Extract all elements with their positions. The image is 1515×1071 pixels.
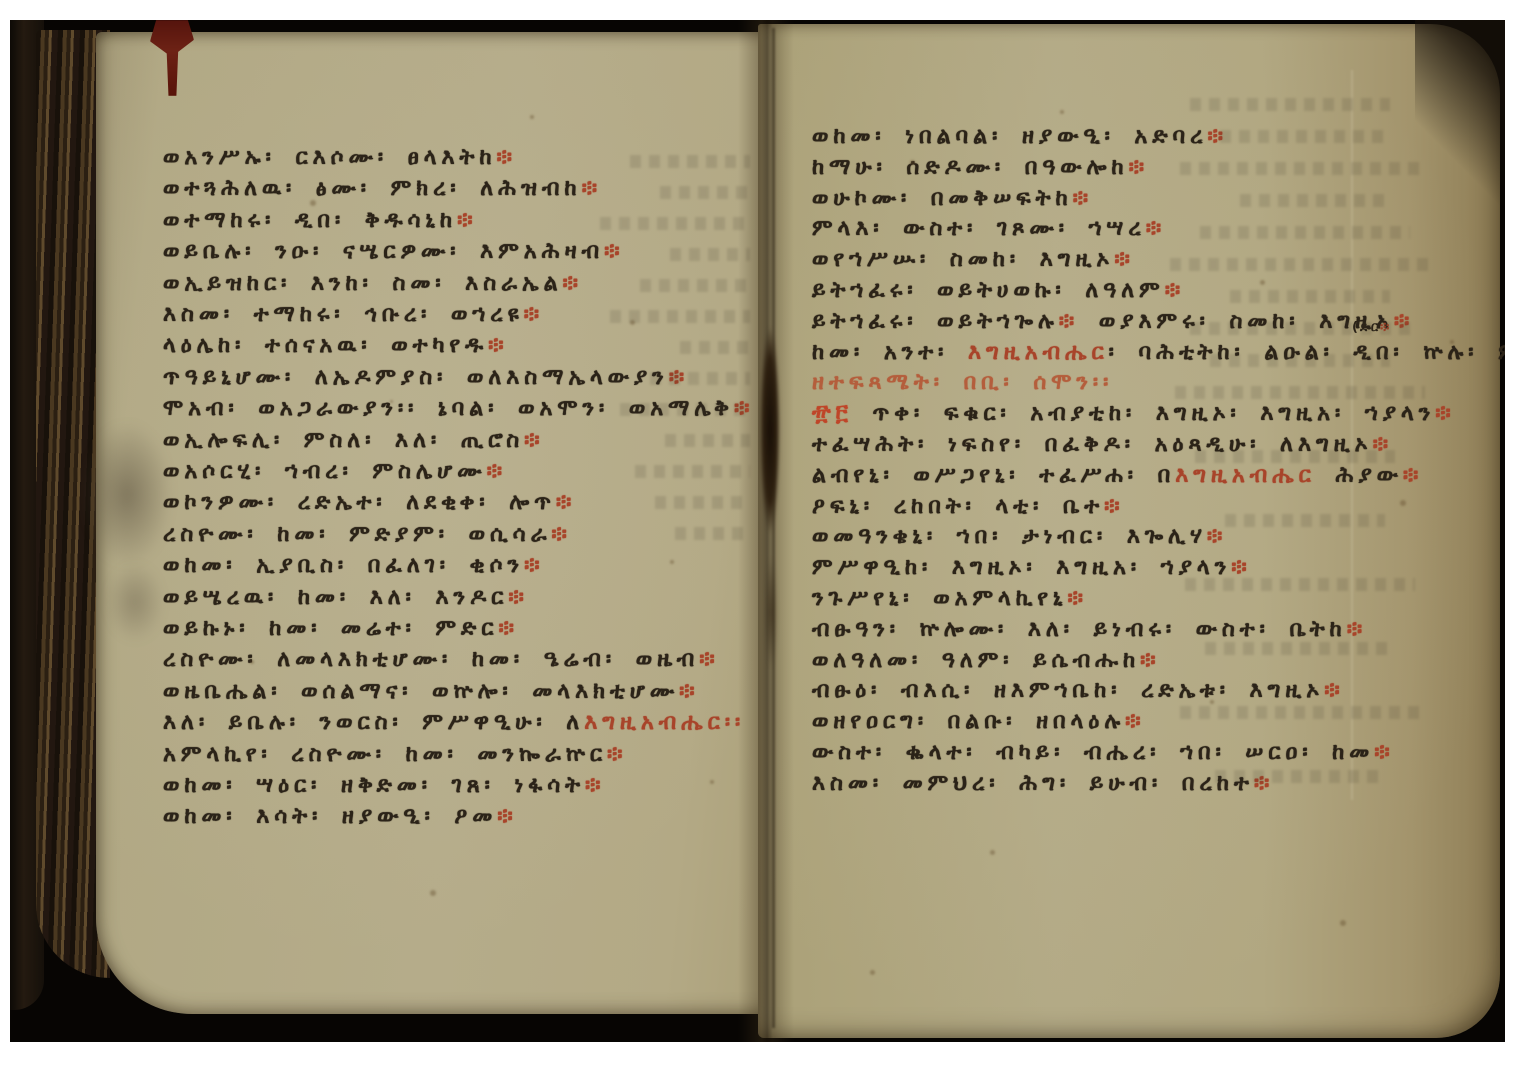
text-segment-ink: ወአንሥኡ፡ ርእሶሙ፡ ፀላእትከ [163, 145, 497, 170]
rubric-line: ዘተፍጻሜት፡ በቢ፡ ሰሞን፡፡ [812, 372, 1113, 394]
text-segment-ink: አምላኪየ፡ ረስዮሙ፡ ከመ፡ መንኰራኵር [163, 742, 607, 767]
text-segment-red: እግዚአብሔር፡፡ [584, 710, 745, 735]
text-segment-ink: ወመዓንቄኒ፡ ኀበ፡ ታነብር፡ እጐሊሃ [812, 524, 1207, 549]
text-segment-red: ፨ [607, 742, 627, 767]
text-segment-red: ፨ [1104, 494, 1124, 519]
bleed-through-text [600, 217, 750, 230]
bleed-through-text [1200, 226, 1410, 239]
text-segment-ink: ምሥዋዒከ፡ እግዚኦ፡ እግዚአ፡ ኀያላን [812, 555, 1231, 580]
text-segment-ink: ምላእ፡ ውስተ፡ ገጾሙ፡ ኀሣረ [812, 216, 1146, 241]
bleed-through-text [1190, 322, 1410, 335]
text-segment-red: ፨ [508, 585, 528, 610]
text-segment-red: ፨ [1207, 524, 1227, 549]
text-line: ረስዮሙ፡ ለመላእክቲሆሙ፡ ከመ፡ ዔሬብ፡ ወዜብ፨ [163, 649, 720, 671]
text-line: ወተማከሩ፡ ዲበ፡ ቅዱሳኒከ፨ [163, 210, 478, 232]
bleed-through-text [680, 341, 750, 354]
foxing-spot [1110, 440, 1113, 443]
binding-slit [765, 555, 777, 670]
text-line: ላዕሌከ፡ ተሰናአዉ፡ ወተካየዱ፨ [163, 335, 509, 357]
text-line: ወከመ፡ እሳት፡ ዘያውዒ፡ ዖመ፨ [163, 806, 518, 828]
text-line: ይትኀፈሩ፡ ወይትሀወኩ፡ ለዓለም፨ [812, 280, 1185, 302]
text-segment-ink: ወኢይዝከር፡ እንከ፡ ስመ፡ እስራኤል [163, 271, 563, 296]
text-line: ወተጓሕለዉ፡ ፅሙ፡ ምክረ፡ ለሕዝብከ፨ [163, 178, 602, 200]
text-segment-ink: ወኮንዎሙ፡ ረድኤተ፡ ለደቂቀ፡ ሎጥ [163, 490, 556, 515]
text-line: ወኢሎፍሊ፡ ምስለ፡ እለ፡ ጢሮስ፨ [163, 430, 545, 452]
bleed-through-text [1205, 642, 1395, 655]
text-line: ወለዓለመ፡ ዓለም፡ ይሴብሑከ፨ [812, 650, 1161, 672]
text-segment-red: ፨ [1231, 555, 1251, 580]
bleed-through-text [1220, 130, 1390, 143]
text-line: ልብየኒ፡ ወሥጋየኒ፡ ተፈሥሐ፡ በእግዚአብሔር ሕያው፨ [812, 465, 1423, 487]
ink-blot [106, 562, 164, 642]
foxing-spot [390, 400, 393, 403]
text-line: ብፁዕ፡ ብእሲ፡ ዘእምኀቤከ፡ ረድኤቱ፡ እግዚኦ፨ [812, 680, 1345, 702]
foxing-spot [670, 560, 674, 564]
text-segment-ink: እስመ፡ ተማከሩ፡ ኅቡረ፡ ወኀረዩ [163, 302, 524, 327]
text-segment-ink: ወይኩኑ፡ ከመ፡ መሬተ፡ ምድር [163, 616, 498, 641]
text-segment-ink: ወከመ፡ ኢያቢስ፡ በፈለገ፡ ቂሶን [163, 553, 524, 578]
foxing-spot [530, 115, 534, 119]
bleed-through-text [635, 465, 750, 478]
text-line: ወይኩኑ፡ ከመ፡ መሬተ፡ ምድር፨ [163, 618, 519, 640]
text-line: ወመዓንቄኒ፡ ኀበ፡ ታነብር፡ እጐሊሃ፨ [812, 526, 1227, 548]
text-segment-red: ፨ [1347, 617, 1367, 642]
bleed-through-text [660, 186, 750, 199]
text-segment-ink: ወተጓሕለዉ፡ ፅሙ፡ ምክረ፡ ለሕዝብከ [163, 176, 582, 201]
text-segment-red: ፨ [488, 333, 508, 358]
text-segment-ink: ንጉሥየኒ፡ ወአምላኪየኒ [812, 586, 1067, 611]
text-segment-ink: ልብየኒ፡ ወሥጋየኒ፡ ተፈሥሐ፡ በ [812, 463, 1175, 488]
text-segment-ink: ብፁዕ፡ ብእሲ፡ ዘእምኀቤከ፡ ረድኤቱ፡ እግዚኦ [812, 678, 1324, 703]
text-line: ረስዮሙ፡ ከመ፡ ምድያም፡ ወሲሳራ፨ [163, 524, 572, 546]
text-segment-ink: እስመ፡ መምህረ፡ ሕግ፡ ይሁብ፡ በረከተ [812, 771, 1254, 796]
text-segment-ink: ወአሶርሂ፡ ኀብረ፡ ምስሌሆሙ [163, 459, 487, 484]
text-segment-ink: ወይቤሉ፡ ንዑ፡ ናሤርዎሙ፡ እምአሕዛብ [163, 239, 604, 264]
text-segment-red: ፨ [1165, 278, 1185, 303]
text-line: ጥዓይኒሆሙ፡ ለኤዶምያስ፡ ወለእስማኤላውያን፨ [163, 367, 689, 389]
text-line: ወከመ፡ ኢያቢስ፡ በፈለገ፡ ቂሶን፨ [163, 555, 545, 577]
foxing-spot [1210, 700, 1214, 704]
text-segment-red: ፨ [556, 490, 576, 515]
text-segment-red: እግዚአብሔር [1175, 463, 1316, 488]
text-segment-ink: ወከመ፡ እሳት፡ ዘያውዒ፡ ዖመ [163, 804, 497, 829]
bleed-through-text [1210, 354, 1390, 367]
text-segment-red: ፨ [585, 773, 605, 798]
text-segment-red: ፨ [1435, 401, 1455, 426]
text-line: እለ፡ ይቤሉ፡ ንወርስ፡ ምሥዋዒሁ፡ ለእግዚአብሔር፡፡ [163, 712, 745, 734]
text-segment-red: ፨ [679, 679, 699, 704]
text-line: እስመ፡ መምህረ፡ ሕግ፡ ይሁብ፡ በረከተ፨ [812, 773, 1274, 795]
text-line: ወኢይዝከር፡ እንከ፡ ስመ፡ እስራኤል፨ [163, 273, 583, 295]
ink-blot [82, 422, 172, 567]
text-line: ፹፫ ጥቀ፡ ፍቁር፡ አብያቲከ፡ እግዚኦ፡ እግዚአ፡ ኀያላን፨ [812, 403, 1456, 425]
text-line: ንጉሥየኒ፡ ወአምላኪየኒ፨ [812, 588, 1088, 610]
foxing-spot [1400, 500, 1406, 506]
text-segment-red: ፨ [1129, 155, 1149, 180]
text-segment-ink: ከመ፡ አንተ፡ [812, 340, 968, 365]
text-segment-red: ፨ [497, 804, 517, 829]
text-line: ወኮንዎሙ፡ ረድኤተ፡ ለደቂቀ፡ ሎጥ፨ [163, 492, 576, 514]
text-segment-red: ፨ [487, 459, 507, 484]
text-segment-red: ፨ [1059, 309, 1099, 334]
text-segment-ink: ወይሤረዉ፡ ከመ፡ እለ፡ እንዶር [163, 585, 508, 610]
text-segment-red: ፨ [524, 302, 544, 327]
text-segment-ink: ወለዓለመ፡ ዓለም፡ ይሴብሑከ [812, 648, 1140, 673]
text-line: ዖፍኒ፡ ረከበት፡ ላቲ፡ ቤተ፨ [812, 496, 1125, 518]
text-line: ከማሁ፡ ሰድዶሙ፡ በዓውሎከ፨ [812, 157, 1149, 179]
text-line: ወየኀሥሡ፡ ስመከ፡ እግዚኦ፨ [812, 249, 1135, 271]
text-segment-red: ፨ [1146, 216, 1166, 241]
foxing-spot [910, 160, 915, 165]
text-segment-ink: ዖፍኒ፡ ረከበት፡ ላቲ፡ ቤተ [812, 494, 1104, 519]
text-segment-ink: ወዜቤሔል፡ ወሰልማና፡ ወኵሎ፡ መላእክቲሆሙ [163, 679, 679, 704]
text-segment-ink: ከማሁ፡ ሰድዶሙ፡ በዓውሎከ [812, 155, 1129, 180]
text-line: ወዜቤሔል፡ ወሰልማና፡ ወኵሎ፡ መላእክቲሆሙ፨ [163, 681, 700, 703]
text-segment-red: ፨ [524, 428, 544, 453]
text-line: ብፁዓን፡ ኵሎሙ፡ እለ፡ ይነብሩ፡ ውስተ፡ ቤትከ፨ [812, 619, 1367, 641]
bleed-through-text [1190, 98, 1390, 111]
text-segment-red: ፨ [563, 271, 583, 296]
text-segment-red: ፨ [457, 208, 477, 233]
text-segment-ink: ይትኀፈሩ፡ ወይትኀጐሉ [812, 309, 1059, 334]
text-segment-red: ፨ [1073, 186, 1093, 211]
bleed-through-text [640, 279, 750, 292]
text-segment-red: ፨ [551, 522, 571, 547]
text-segment-ink: ወዘየዐርግ፡ በልቡ፡ ዘበላዕሉ [812, 709, 1125, 734]
foxing-spot [310, 200, 316, 206]
text-segment-ink: ወከመ፡ ሣዕር፡ ዘቅድመ፡ ገጸ፡ ነፋሳት [163, 773, 585, 798]
text-segment-red: ፨ [1140, 648, 1160, 673]
bleed-through-text [1180, 706, 1420, 719]
text-segment-red: ፨ [1374, 740, 1394, 765]
bleed-through-text [1230, 290, 1390, 303]
bleed-through-text [1215, 770, 1385, 783]
text-segment-red: ዘተፍጻሜት፡ በቢ፡ ሰሞን፡፡ [812, 370, 1113, 395]
foxing-spot [990, 850, 995, 855]
text-segment-ink: ይትኀፈሩ፡ ወይትሀወኩ፡ ለዓለም [812, 278, 1165, 303]
text-segment-ink: ጥቀ፡ ፍቁር፡ አብያቲከ፡ እግዚኦ፡ እግዚአ፡ ኀያላን [853, 401, 1435, 426]
bleed-through-text [1195, 450, 1395, 463]
bleed-through-text [620, 403, 750, 416]
text-segment-red: ፨ [582, 176, 602, 201]
text-line: ወዘየዐርግ፡ በልቡ፡ ዘበላዕሉ፨ [812, 711, 1146, 733]
text-segment-red: ፨ [699, 647, 719, 672]
foxing-spot [1060, 110, 1064, 114]
foxing-spot [430, 890, 436, 896]
foxing-spot [1260, 280, 1265, 285]
text-segment-red: ፨ [498, 616, 518, 641]
text-line: ምሥዋዒከ፡ እግዚኦ፡ እግዚአ፡ ኀያላን፨ [812, 557, 1252, 579]
bleed-through-text [670, 248, 750, 261]
text-line: ወይሤረዉ፡ ከመ፡ እለ፡ እንዶር፨ [163, 587, 529, 609]
text-line: ውስተ፡ ቈላተ፡ ብካይ፡ ብሔረ፡ ኀበ፡ ሠርዐ፡ ከመ፨ [812, 742, 1395, 764]
foxing-spot [870, 970, 875, 975]
text-segment-red: ፨ [524, 553, 544, 578]
bleed-through-text [1240, 194, 1390, 207]
foxing-spot [710, 780, 714, 784]
text-segment-red: ፨ [604, 239, 624, 264]
text-line: ወይቤሉ፡ ንዑ፡ ናሤርዎሙ፡ እምአሕዛብ፨ [163, 241, 625, 263]
text-line: ወአሶርሂ፡ ኀብረ፡ ምስሌሆሙ፨ [163, 461, 507, 483]
text-line: ወአንሥኡ፡ ርእሶሙ፡ ፀላእትከ፨ [163, 147, 517, 169]
text-segment-red: ፨ [1403, 463, 1423, 488]
text-segment-ink: እለ፡ ይቤሉ፡ ንወርስ፡ ምሥዋዒሁ፡ ለ [163, 710, 584, 735]
text-segment-ink: ወተማከሩ፡ ዲበ፡ ቅዱሳኒከ [163, 208, 457, 233]
text-segment-ink: ላዕሌከ፡ ተሰናአዉ፡ ወተካየዱ [163, 333, 488, 358]
text-segment-ink: ጥዓይኒሆሙ፡ ለኤዶምያስ፡ ወለእስማኤላውያን [163, 365, 669, 390]
text-segment-red: ፨ [1125, 709, 1145, 734]
text-segment-ink: ወከመ፡ ነበልባል፡ ዘያውዒ፡ አድባረ [812, 124, 1207, 149]
foxing-spot [1340, 920, 1346, 926]
text-line: ወከመ፡ ነበልባል፡ ዘያውዒ፡ አድባረ፨ [812, 126, 1228, 148]
text-segment-ink: ወኢሎፍሊ፡ ምስለ፡ እለ፡ ጢሮስ [163, 428, 524, 453]
foxing-spot [1450, 340, 1454, 344]
text-line: አምላኪየ፡ ረስዮሙ፡ ከመ፡ መንኰራኵር፨ [163, 744, 628, 766]
bleed-through-text [655, 496, 750, 509]
foxing-spot [630, 320, 635, 325]
manuscript-photo: ወአንሥኡ፡ ርእሶሙ፡ ፀላእትከ፨ወተጓሕለዉ፡ ፅሙ፡ ምክረ፡ ለሕዝብ… [10, 20, 1505, 1042]
text-segment-ink: ውስተ፡ ቈላተ፡ ብካይ፡ ብሔረ፡ ኀበ፡ ሠርዐ፡ ከመ [812, 740, 1374, 765]
text-segment-red: ፨ [1324, 678, 1344, 703]
bleed-through-text [665, 434, 750, 447]
bleed-through-text [650, 372, 750, 385]
text-line: ወሁኮሙ፡ በመቅሠፍትከ፨ [812, 188, 1093, 210]
text-line: ከመ፡ አንተ፡ እግዚአብሔር፡ ባሕቲትከ፡ ልዑል፡ ዲበ፡ ኵሉ፡ ም [812, 342, 1505, 364]
text-line: ምላእ፡ ውስተ፡ ገጾሙ፡ ኀሣረ፨ [812, 218, 1166, 240]
bleed-through-text [1170, 258, 1430, 271]
bleed-through-text [630, 155, 750, 168]
bleed-through-text [1185, 578, 1415, 591]
text-segment-ink: ብፁዓን፡ ኵሎሙ፡ እለ፡ ይነብሩ፡ ውስተ፡ ቤትከ [812, 617, 1347, 642]
text-line: ወከመ፡ ሣዕር፡ ዘቅድመ፡ ገጸ፡ ነፋሳት፨ [163, 775, 605, 797]
text-segment-ink: ረስዮሙ፡ ከመ፡ ምድያም፡ ወሲሳራ [163, 522, 551, 547]
bleed-through-text [675, 527, 750, 540]
text-segment-ink: ረስዮሙ፡ ለመላእክቲሆሙ፡ ከመ፡ ዔሬብ፡ ወዜብ [163, 647, 699, 672]
text-segment-red: እግዚአብሔር [968, 340, 1109, 365]
bleed-through-text [1180, 162, 1420, 175]
bleed-through-text [1175, 386, 1425, 399]
bleed-through-text [1225, 514, 1385, 527]
text-segment-red: ፨ [497, 145, 517, 170]
text-segment-ink: ወየኀሥሡ፡ ስመከ፡ እግዚኦ [812, 247, 1114, 272]
text-segment-ink: ወሁኮሙ፡ በመቅሠፍትከ [812, 186, 1073, 211]
text-segment-red: ፨ [1067, 586, 1087, 611]
text-segment-ink: ሕያው [1316, 463, 1403, 488]
binding-slit [760, 326, 780, 534]
text-line: እስመ፡ ተማከሩ፡ ኅቡረ፡ ወኀረዩ፨ [163, 304, 544, 326]
foxing-spot [250, 660, 254, 664]
text-segment-red: ፨ [1114, 247, 1134, 272]
psalm-number: ፹፫ [812, 401, 853, 426]
